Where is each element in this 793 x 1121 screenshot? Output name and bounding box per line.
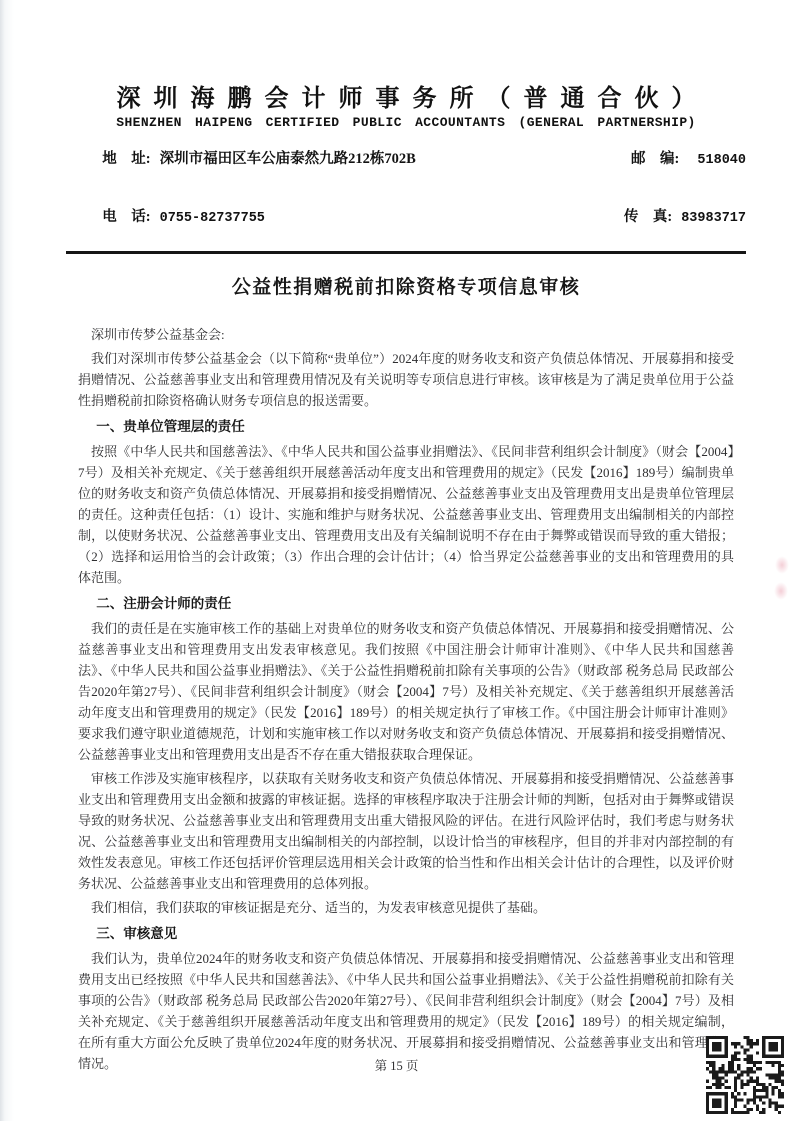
address-group: 地 址:深圳市福田区车公庙泰然九路212栋702B [66,131,416,188]
page-number: 第 15 页 [0,1056,793,1074]
fax-label: 传 真: [624,209,672,225]
intro-paragraph: 我们对深圳市传梦公益基金会（以下简称“贵单位”）2024年度的财务收支和资产负债… [78,348,734,411]
address-label: 地 址: [102,151,150,167]
phone-label: 电 话: [102,209,150,225]
phone-row: 电 话:0755-82737755 传 真:83983717 [66,189,746,247]
firm-name-en: SHENZHEN HAIPENG CERTIFIED PUBLIC ACCOUN… [66,114,746,131]
scanned-audit-report-page: 深圳海鹏会计师事务所（普通合伙） SHENZHEN HAIPENG CERTIF… [0,0,793,1121]
phone-value: 0755-82737755 [160,211,265,226]
postcode-group: 邮 编:518040 [595,131,746,189]
scan-smudge [775,556,789,574]
phone-group: 电 话:0755-82737755 [66,189,265,247]
address-row: 地 址:深圳市福田区车公庙泰然九路212栋702B 邮 编:518040 [66,131,746,189]
document-title: 公益性捐赠税前扣除资格专项信息审核 [66,275,746,301]
address-value: 深圳市福田区车公庙泰然九路212栋702B [160,151,416,167]
section-heading-1: 一、贵单位管理层的责任 [78,416,734,437]
postcode-value: 518040 [697,153,746,168]
sections-container: 一、贵单位管理层的责任按照《中华人民共和国慈善法》、《中华人民共和国公益事业捐赠… [78,416,734,1074]
postcode-label: 邮 编: [631,151,679,167]
section-2-paragraph-2: 审核工作涉及实施审核程序，以获取有关财务收支和资产负债总体情况、开展募捐和接受捐… [78,768,734,894]
letterhead-divider [66,251,746,254]
section-heading-2: 二、注册会计师的责任 [78,593,734,614]
qr-code-icon [706,1036,784,1114]
page-content: 深圳海鹏会计师事务所（普通合伙） SHENZHEN HAIPENG CERTIF… [66,84,746,1077]
section-1-paragraph-1: 按照《中华人民共和国慈善法》、《中华人民共和国公益事业捐赠法》、《民间非营利组织… [78,441,734,588]
document-body: 深圳市传梦公益基金会: 我们对深圳市传梦公益基金会（以下简称“贵单位”）2024… [78,324,734,1074]
section-heading-3: 三、审核意见 [78,923,734,944]
section-2-paragraph-1: 我们的责任是在实施审核工作的基础上对贵单位的财务收支和资产负债总体情况、开展募捐… [78,618,734,765]
scan-smudge [774,582,788,600]
fax-group: 传 真:83983717 [588,189,746,247]
firm-name-cn: 深圳海鹏会计师事务所（普通合伙） [66,84,759,114]
section-2-paragraph-3: 我们相信，我们获取的审核证据是充分、适当的，为发表审核意见提供了基础。 [78,897,734,918]
salutation: 深圳市传梦公益基金会: [78,324,734,345]
fax-value: 83983717 [681,211,746,226]
letterhead: 深圳海鹏会计师事务所（普通合伙） SHENZHEN HAIPENG CERTIF… [66,84,746,254]
